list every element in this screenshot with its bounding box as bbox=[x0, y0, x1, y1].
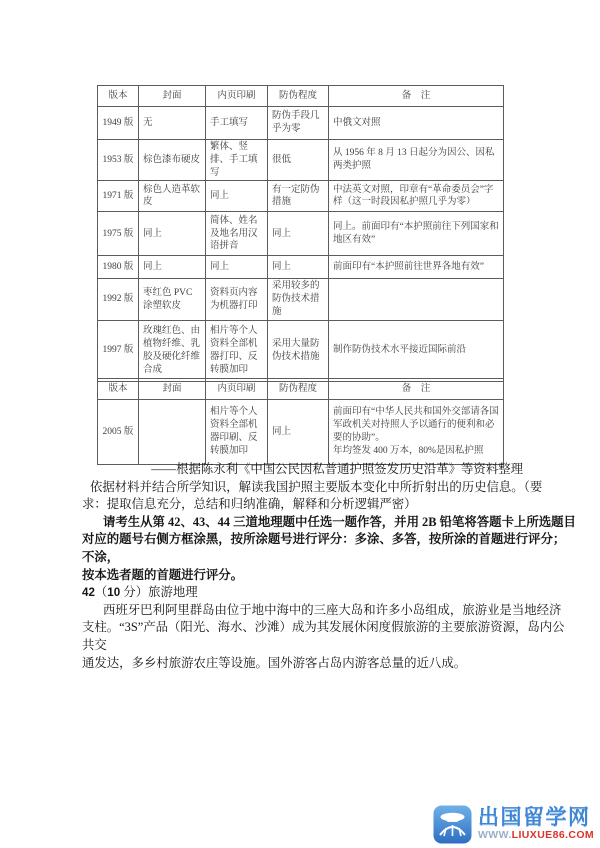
table-row: 2005 版 相片等个人资料全部机器印刷、反转膜加印 同上 前面印有“中华人民共… bbox=[98, 400, 504, 465]
column-header-remark: 备 注 bbox=[329, 86, 504, 107]
cell-version: 1971 版 bbox=[98, 181, 139, 212]
table-row: 1975 版 同上 简体、姓名及地名用汉语拼音 同上 同上。前面印有“本护照前往… bbox=[98, 212, 504, 256]
question-42-heading-text: 分）旅游地理 bbox=[120, 585, 197, 599]
column-header-version: 版本 bbox=[98, 86, 139, 107]
table-header-row: 版本 封面 内页印刷 防伪程度 备 注 bbox=[98, 86, 504, 107]
cell-cover: 玫瑰红色、由植物纤维、乳胶及硬化纤维合成 bbox=[139, 320, 206, 381]
table-row: 1997 版 玫瑰红色、由植物纤维、乳胶及硬化纤维合成 相片等个人资料全部机器打… bbox=[98, 320, 504, 381]
cell-remark: 中俄文对照 bbox=[329, 107, 504, 140]
cell-cover: 棕色人造革软皮 bbox=[139, 181, 206, 212]
answer-instruction-line: 不涂， bbox=[82, 549, 523, 567]
liuxue86-logo-texts: 出国留学网 WWW.LIUXUE86.COM bbox=[478, 807, 594, 842]
table-header-row: 版本 封面 内页印刷 防伪程度 备 注 bbox=[98, 379, 504, 400]
cell-inner-print: 资料页内容为机器打印 bbox=[206, 279, 268, 320]
liuxue86-logo-link[interactable]: 出国留学网 WWW.LIUXUE86.COM bbox=[433, 805, 594, 844]
site-url-tld: .COM bbox=[565, 829, 594, 841]
cell-cover bbox=[139, 400, 206, 465]
cell-inner-print: 繁体、竖排、手工填写 bbox=[206, 140, 268, 181]
question-text-block: ——根据陈永利《中国公民因私普通护照签发历史沿革》等资料整理 依据材料并结合所学… bbox=[82, 461, 523, 672]
cell-inner-print: 同上 bbox=[206, 256, 268, 279]
column-header-inner-print: 内页印刷 bbox=[206, 379, 268, 400]
column-header-security: 防伪程度 bbox=[268, 379, 329, 400]
cell-inner-print: 相片等个人资料全部机器印刷、反转膜加印 bbox=[206, 400, 268, 465]
table-row: 1980 版 同上 同上 同上 前面印有“本护照前往世界各地有效” bbox=[98, 256, 504, 279]
cell-cover: 棕色漆布硬皮 bbox=[139, 140, 206, 181]
cell-remark: 前面印有“本护照前往世界各地有效” bbox=[329, 256, 504, 279]
cell-security: 防伪手段几乎为零 bbox=[268, 107, 329, 140]
cell-cover: 同上 bbox=[139, 256, 206, 279]
answer-instruction-line: 对应的题号右侧方框涂黑，按所涂题号进行评分：多涂、多答，按所涂的首题进行评分； bbox=[82, 531, 523, 549]
answer-instruction-line: 请考生从第 42、43、44 三道地理题中任选一题作答，并用 2B 铅笔将答题卡… bbox=[82, 514, 523, 532]
question-number: 42 bbox=[82, 586, 95, 599]
column-header-version: 版本 bbox=[98, 379, 139, 400]
question-prompt-line: 求：提取信息充分，总结和归纳准确，解释和分析逻辑严密） bbox=[82, 496, 523, 514]
column-header-security: 防伪程度 bbox=[268, 86, 329, 107]
cell-version: 1975 版 bbox=[98, 212, 139, 256]
cell-security: 有一定防伪措施 bbox=[268, 181, 329, 212]
site-url-main: LIUXUE86 bbox=[512, 829, 565, 841]
geography-passage-line: 共交 bbox=[82, 637, 523, 655]
cell-remark: 从 1956 年 8 月 13 日起分为因公、因私两类护照 bbox=[329, 140, 504, 181]
passport-version-table-2: 版本 封面 内页印刷 防伪程度 备 注 2005 版 相片等个人资料全部机器印刷… bbox=[97, 378, 504, 465]
cell-version: 1949 版 bbox=[98, 107, 139, 140]
site-name: 出国留学网 bbox=[478, 807, 594, 829]
cell-version: 1953 版 bbox=[98, 140, 139, 181]
cell-security: 同上 bbox=[268, 256, 329, 279]
cell-inner-print: 相片等个人资料全部机器打印、反转膜加印 bbox=[206, 320, 268, 381]
cell-inner-print: 同上 bbox=[206, 181, 268, 212]
cell-security: 很低 bbox=[268, 140, 329, 181]
cell-version: 1980 版 bbox=[98, 256, 139, 279]
cell-security: 同上 bbox=[268, 400, 329, 465]
geography-passage-line: 通发达，多乡村旅游农庄等设施。国外游客占岛内游客总量的近八成。 bbox=[82, 655, 523, 673]
question-42-heading-text: （ bbox=[95, 585, 107, 599]
table-row: 1971 版 棕色人造革软皮 同上 有一定防伪措施 中法英文对照，印章有“革命委… bbox=[98, 181, 504, 212]
question-prompt-line: 依据材料并结合所学知识，解读我国护照主要版本变化中所折射出的历史信息。（要 bbox=[82, 479, 523, 497]
cell-inner-print: 手工填写 bbox=[206, 107, 268, 140]
column-header-cover: 封面 bbox=[139, 86, 206, 107]
cell-version: 2005 版 bbox=[98, 400, 139, 465]
column-header-inner-print: 内页印刷 bbox=[206, 86, 268, 107]
site-url-www: WWW. bbox=[478, 829, 512, 841]
site-url: WWW.LIUXUE86.COM bbox=[478, 829, 594, 842]
cell-inner-print: 简体、姓名及地名用汉语拼音 bbox=[206, 212, 268, 256]
cell-remark bbox=[329, 279, 504, 320]
cell-security: 采用较多的防伪技术措施 bbox=[268, 279, 329, 320]
cell-security: 同上 bbox=[268, 212, 329, 256]
cell-remark: 同上。前面印有“本护照前往下列国家和地区有效” bbox=[329, 212, 504, 256]
answer-instruction-line: 按本选者题的首题进行评分。 bbox=[82, 567, 523, 585]
table-row: 1992 版 枣红色 PVC 涂塑软皮 资料页内容为机器打印 采用较多的防伪技术… bbox=[98, 279, 504, 320]
passport-version-table-1: 版本 封面 内页印刷 防伪程度 备 注 1949 版 无 手工填写 防伪手段几乎… bbox=[97, 85, 504, 382]
cell-version: 1992 版 bbox=[98, 279, 139, 320]
cell-cover: 枣红色 PVC 涂塑软皮 bbox=[139, 279, 206, 320]
column-header-cover: 封面 bbox=[139, 379, 206, 400]
cell-remark: 中法英文对照，印章有“革命委员会”字样（这一时段因私护照几乎为零） bbox=[329, 181, 504, 212]
liuxue86-logo-icon bbox=[433, 805, 472, 844]
geography-passage-line: 支柱。“3S”产品（阳光、海水、沙滩）成为其发展休闲度假旅游的主要旅游资源，岛内… bbox=[82, 619, 523, 637]
cell-cover: 无 bbox=[139, 107, 206, 140]
column-header-remark: 备 注 bbox=[329, 379, 504, 400]
cell-remark: 制作防伪技术水平接近国际前沿 bbox=[329, 320, 504, 381]
cell-cover: 同上 bbox=[139, 212, 206, 256]
geography-passage-line: 西班牙巴利阿里群岛由位于地中海中的三座大岛和许多小岛组成，旅游业是当地经济 bbox=[82, 602, 523, 620]
cell-security: 采用大量防伪技术措施 bbox=[268, 320, 329, 381]
source-attribution: ——根据陈永利《中国公民因私普通护照签发历史沿革》等资料整理 bbox=[82, 461, 523, 479]
table-row: 1953 版 棕色漆布硬皮 繁体、竖排、手工填写 很低 从 1956 年 8 月… bbox=[98, 140, 504, 181]
scanned-exam-page: 版本 封面 内页印刷 防伪程度 备 注 1949 版 无 手工填写 防伪手段几乎… bbox=[0, 0, 600, 848]
cell-version: 1997 版 bbox=[98, 320, 139, 381]
cell-remark: 前面印有“中华人民共和国外交部请各国军政机关对持照人予以通行的便利和必要的协助”… bbox=[329, 400, 504, 465]
question-score: 10 bbox=[107, 586, 120, 599]
question-42-heading: 42（10 分）旅游地理 bbox=[82, 584, 523, 602]
table-row: 1949 版 无 手工填写 防伪手段几乎为零 中俄文对照 bbox=[98, 107, 504, 140]
